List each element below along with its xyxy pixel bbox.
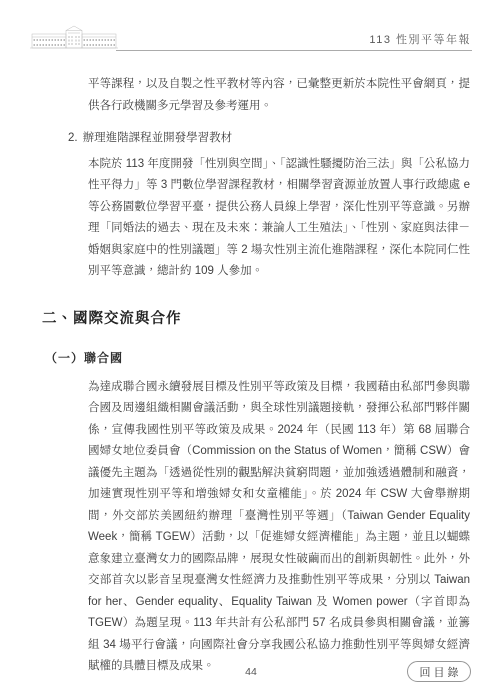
item-title: 辦理進階課程並開發學習教材: [83, 128, 233, 150]
numbered-item-2: 2. 辦理進階課程並開發學習教材: [68, 128, 470, 150]
document-page: 113 性別平等年報 平等課程，以及自製之性平教材等內容，已彙整更新於本院性平會…: [0, 0, 502, 700]
section-heading-international-exchange: 二、國際交流與合作: [42, 309, 470, 329]
page-content: 平等課程，以及自製之性平教材等內容，已彙整更新於本院性平會網頁，提供各行政機關多…: [42, 74, 470, 678]
subsection-heading-united-nations: （一）聯合國: [45, 349, 470, 367]
item-number: 2.: [68, 128, 78, 150]
page-header: 113 性別平等年報: [0, 0, 502, 56]
back-to-toc-button[interactable]: 回目錄: [407, 661, 471, 682]
paragraph-united-nations: 為達成聯合國永續發展目標及性別平等政策及目標，我國藉由私部門參與聯合國及周邊組織…: [88, 377, 470, 678]
header-rule: [116, 50, 472, 51]
government-building-icon: [30, 24, 118, 52]
paragraph-continuation: 平等課程，以及自製之性平教材等內容，已彙整更新於本院性平會網頁，提供各行政機關多…: [88, 74, 470, 117]
report-title: 113 性別平等年報: [369, 31, 471, 47]
paragraph-training-courses: 本院於 113 年度開發「性別與空間」、「認識性騷擾防治三法」與「公私協力性平得…: [88, 154, 470, 283]
